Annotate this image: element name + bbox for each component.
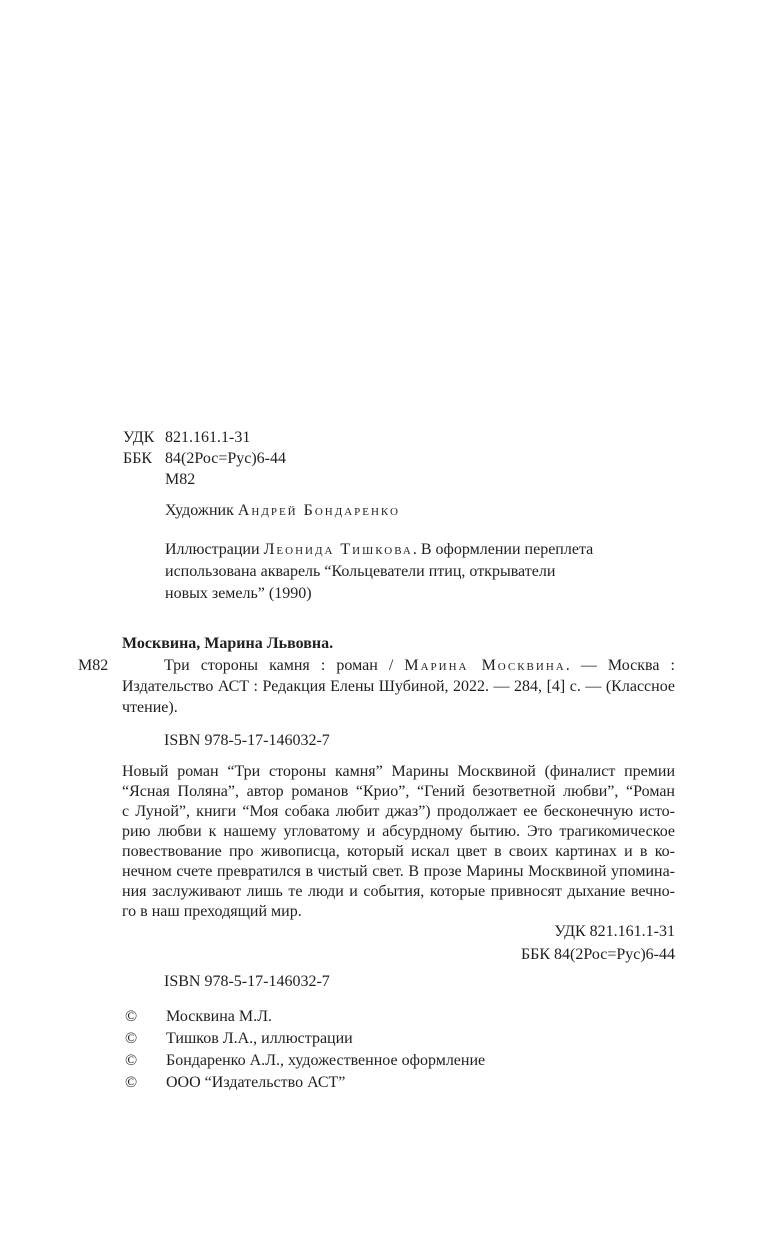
copyright-row: © ООО “Издательство АСТ” bbox=[125, 1072, 485, 1094]
bbk-value: 84(2Рос=Рус)6-44 bbox=[165, 448, 286, 469]
copyright-holder: Бондаренко А.Л., художественное оформлен… bbox=[166, 1050, 485, 1072]
illustration-note-line-1: Иллюстрации Леонида Тишкова. В оформлени… bbox=[165, 539, 593, 561]
author-code-spacer bbox=[123, 469, 165, 490]
copyright-row: © Тишков Л.А., иллюстрации bbox=[125, 1028, 485, 1050]
isbn-repeat: ISBN 978-5-17-146032-7 bbox=[164, 971, 330, 992]
bbk-bottom: ББК 84(2Рос=Рус)6-44 bbox=[521, 943, 675, 966]
author-code-row: М82 bbox=[123, 469, 286, 490]
annotation-line: “Ясная Поляна”, автор романов “Крио”, “Г… bbox=[122, 782, 675, 802]
designer-credit: Художник Андрей Бондаренко bbox=[165, 500, 400, 521]
bibliography-margin-code: М82 bbox=[78, 655, 108, 676]
copyright-holder: ООО “Издательство АСТ” bbox=[166, 1072, 345, 1094]
udk-value: 821.161.1-31 bbox=[165, 427, 250, 448]
illustration-note-line-3: новых земель” (1990) bbox=[165, 583, 593, 605]
illustrator-name: Леонида Тишкова bbox=[264, 541, 413, 558]
annotation-line: нечном счете превратился в чистый свет. … bbox=[122, 862, 675, 882]
copyright-row: © Москвина М.Л. bbox=[125, 1006, 485, 1028]
udk-bottom: УДК 821.161.1-31 bbox=[521, 920, 675, 943]
bibliography-entry-line-1: Три стороны камня : роман / Марина Москв… bbox=[122, 655, 675, 676]
illustration-prefix: Иллюстрации bbox=[165, 541, 264, 558]
copyright-holder: Тишков Л.А., иллюстрации bbox=[166, 1028, 353, 1050]
annotation-line: Новый роман “Три стороны камня” Марины М… bbox=[122, 762, 675, 782]
bbk-label: ББК bbox=[123, 448, 165, 469]
bibliography-author-heading: Москвина, Марина Львовна. bbox=[122, 633, 333, 654]
copyright-icon: © bbox=[125, 1050, 166, 1072]
classification-codes-top: УДК 821.161.1-31 ББК 84(2Рос=Рус)6-44 М8… bbox=[123, 427, 286, 490]
annotation-line: с Луной”, книги “Моя собака любит джаз”)… bbox=[122, 802, 675, 822]
isbn-primary: ISBN 978-5-17-146032-7 bbox=[164, 730, 330, 751]
bibliography-city: . — Москва : bbox=[566, 657, 675, 674]
designer-prefix: Художник bbox=[165, 502, 238, 519]
annotation-paragraph: Новый роман “Три стороны камня” Марины М… bbox=[122, 762, 675, 922]
udk-row: УДК 821.161.1-31 bbox=[123, 427, 286, 448]
author-code-value: М82 bbox=[165, 469, 195, 490]
illustration-post: . В оформлении переплета bbox=[413, 541, 593, 558]
classification-codes-bottom: УДК 821.161.1-31 ББК 84(2Рос=Рус)6-44 bbox=[521, 920, 675, 966]
bibliography-title: Три стороны камня : роман / bbox=[164, 657, 404, 674]
copyright-icon: © bbox=[125, 1072, 166, 1094]
annotation-line-last: го в наш преходящий мир. bbox=[122, 902, 675, 922]
bibliography-entry: М82 Три стороны камня : роман / Марина М… bbox=[122, 655, 675, 718]
illustration-note-line-2: использована акварель “Кольцеватели птиц… bbox=[165, 561, 593, 583]
bibliography-entry-line-2: Издательство АСТ : Редакция Елены Шубино… bbox=[122, 676, 675, 697]
annotation-line: повествование про живописца, который иск… bbox=[122, 842, 675, 862]
copyright-holder: Москвина М.Л. bbox=[166, 1006, 272, 1028]
book-imprint-page: УДК 821.161.1-31 ББК 84(2Рос=Рус)6-44 М8… bbox=[0, 0, 768, 1240]
bibliography-author-name: Марина Москвина bbox=[404, 657, 565, 674]
copyright-icon: © bbox=[125, 1006, 166, 1028]
copyright-block: © Москвина М.Л. © Тишков Л.А., иллюстрац… bbox=[125, 1006, 485, 1094]
udk-label: УДК bbox=[123, 427, 165, 448]
copyright-row: © Бондаренко А.Л., художественное оформл… bbox=[125, 1050, 485, 1072]
bibliography-entry-line-3: чтение). bbox=[122, 697, 675, 718]
copyright-icon: © bbox=[125, 1028, 166, 1050]
illustration-note: Иллюстрации Леонида Тишкова. В оформлени… bbox=[165, 539, 593, 605]
annotation-line: рию любви к нашему угловатому и абсурдно… bbox=[122, 822, 675, 842]
bbk-row: ББК 84(2Рос=Рус)6-44 bbox=[123, 448, 286, 469]
annotation-line: ния заслуживают лишь те люди и события, … bbox=[122, 882, 675, 902]
designer-name: Андрей Бондаренко bbox=[238, 502, 400, 519]
